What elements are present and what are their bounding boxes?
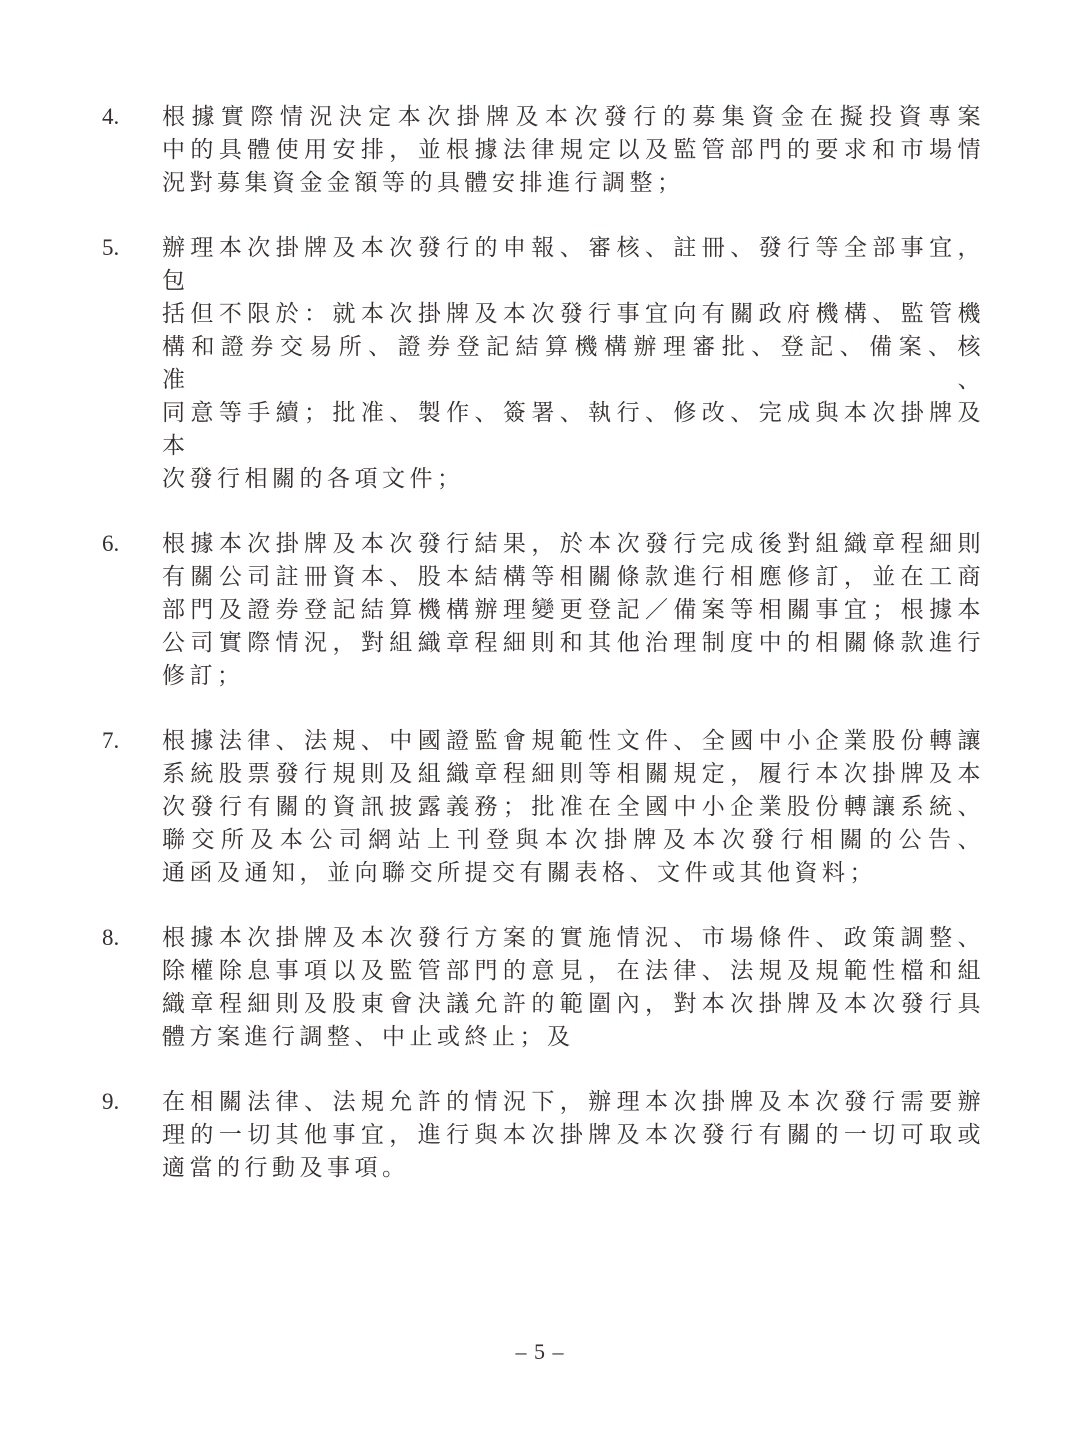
document-page: 4. 根據實際情況決定本次掛牌及本次發行的募集資金在擬投資專案 中的具體使用安排… [0,0,1080,1440]
text-line: 有關公司註冊資本、股本結構等相關條款進行相應修訂，並在工商 [162,560,985,593]
text-line: 織章程細則及股東會決議允許的範圍內，對本次掛牌及本次發行具 [162,987,985,1020]
text-line: 況對募集資金金額等的具體安排進行調整； [162,166,985,199]
text-line: 根據本次掛牌及本次發行結果，於本次發行完成後對組織章程細則 [162,527,985,560]
item-number: 5. [102,231,162,495]
list-item: 5. 辦理本次掛牌及本次發行的申報、審核、註冊、發行等全部事宜，包 括但不限於：… [102,231,985,495]
text-line: 構和證券交易所、證券登記結算機構辦理審批、登記、備案、核准、 [162,330,985,396]
text-line: 理的一切其他事宜，進行與本次掛牌及本次發行有關的一切可取或 [162,1118,985,1151]
text-line: 根據本次掛牌及本次發行方案的實施情況、市場條件、政策調整、 [162,921,985,954]
item-text: 辦理本次掛牌及本次發行的申報、審核、註冊、發行等全部事宜，包 括但不限於：就本次… [162,231,985,495]
item-number: 4. [102,100,162,199]
item-text: 在相關法律、法規允許的情況下，辦理本次掛牌及本次發行需要辦 理的一切其他事宜，進… [162,1085,985,1184]
item-number: 7. [102,724,162,889]
item-text: 根據法律、法規、中國證監會規範性文件、全國中小企業股份轉讓 系統股票發行規則及組… [162,724,985,889]
text-line: 中的具體使用安排，並根據法律規定以及監管部門的要求和市場情 [162,133,985,166]
text-line: 次發行相關的各項文件； [162,462,985,495]
text-line: 修訂； [162,659,985,692]
text-line: 在相關法律、法規允許的情況下，辦理本次掛牌及本次發行需要辦 [162,1085,985,1118]
list-item: 8. 根據本次掛牌及本次發行方案的實施情況、市場條件、政策調整、 除權除息事項以… [102,921,985,1053]
item-number: 6. [102,527,162,692]
item-number: 8. [102,921,162,1053]
page-number: – 5 – [0,1339,1080,1365]
text-line: 根據實際情況決定本次掛牌及本次發行的募集資金在擬投資專案 [162,100,985,133]
text-line: 根據法律、法規、中國證監會規範性文件、全國中小企業股份轉讓 [162,724,985,757]
text-line: 公司實際情況，對組織章程細則和其他治理制度中的相關條款進行 [162,626,985,659]
text-line: 次發行有關的資訊披露義務；批准在全國中小企業股份轉讓系統、 [162,790,985,823]
list-item: 6. 根據本次掛牌及本次發行結果，於本次發行完成後對組織章程細則 有關公司註冊資… [102,527,985,692]
list-item: 9. 在相關法律、法規允許的情況下，辦理本次掛牌及本次發行需要辦 理的一切其他事… [102,1085,985,1184]
text-line: 辦理本次掛牌及本次發行的申報、審核、註冊、發行等全部事宜，包 [162,231,985,297]
item-number: 9. [102,1085,162,1184]
item-text: 根據本次掛牌及本次發行結果，於本次發行完成後對組織章程細則 有關公司註冊資本、股… [162,527,985,692]
ordered-list: 4. 根據實際情況決定本次掛牌及本次發行的募集資金在擬投資專案 中的具體使用安排… [102,100,985,1216]
text-line: 系統股票發行規則及組織章程細則等相關規定，履行本次掛牌及本 [162,757,985,790]
text-line: 除權除息事項以及監管部門的意見，在法律、法規及規範性檔和組 [162,954,985,987]
text-line: 通函及通知，並向聯交所提交有關表格、文件或其他資料； [162,856,985,889]
text-line: 聯交所及本公司網站上刊登與本次掛牌及本次發行相關的公告、 [162,823,985,856]
text-line: 適當的行動及事項。 [162,1151,985,1184]
text-line: 同意等手續；批准、製作、簽署、執行、修改、完成與本次掛牌及本 [162,396,985,462]
text-line: 體方案進行調整、中止或終止；及 [162,1020,985,1053]
list-item: 4. 根據實際情況決定本次掛牌及本次發行的募集資金在擬投資專案 中的具體使用安排… [102,100,985,199]
list-item: 7. 根據法律、法規、中國證監會規範性文件、全國中小企業股份轉讓 系統股票發行規… [102,724,985,889]
item-text: 根據實際情況決定本次掛牌及本次發行的募集資金在擬投資專案 中的具體使用安排，並根… [162,100,985,199]
text-line: 部門及證券登記結算機構辦理變更登記／備案等相關事宜；根據本 [162,593,985,626]
text-line: 括但不限於：就本次掛牌及本次發行事宜向有關政府機構、監管機 [162,297,985,330]
item-text: 根據本次掛牌及本次發行方案的實施情況、市場條件、政策調整、 除權除息事項以及監管… [162,921,985,1053]
